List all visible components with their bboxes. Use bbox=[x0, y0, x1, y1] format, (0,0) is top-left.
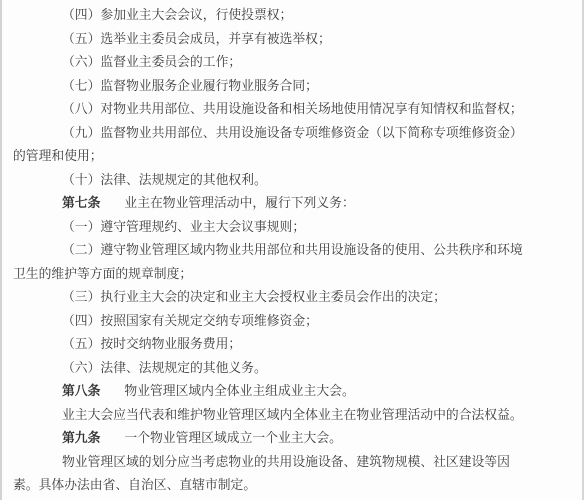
document-line-article-8: 第八条物业管理区域内全体业主组成业主大会。 bbox=[13, 379, 574, 403]
document-line: （四）参加业主大会会议，行使投票权； bbox=[13, 3, 574, 27]
document-line: 业主大会应当代表和维护物业管理区域内全体业主在物业管理活动中的合法权益。 bbox=[13, 403, 574, 427]
line-text: （五）按时交纳物业服务费用； bbox=[62, 336, 241, 351]
line-text: （二）遵守物业管理区域内物业共用部位和共用设施设备的使用、公共秩序和环境 bbox=[62, 242, 523, 257]
document-line: （六）监督业主委员会的工作； bbox=[13, 50, 574, 74]
document-page: （四）参加业主大会会议，行使投票权； （五）选举业主委员会成员，并享有被选举权；… bbox=[0, 0, 584, 500]
document-line: （五）选举业主委员会成员，并享有被选举权； bbox=[13, 27, 574, 51]
line-text: 业主大会应当代表和维护物业管理区域内全体业主在物业管理活动中的合法权益。 bbox=[62, 407, 523, 422]
line-text: 一个物业管理区域成立一个业主大会。 bbox=[124, 430, 342, 445]
document-line: （七）监督物业服务企业履行物业服务合同； bbox=[13, 74, 574, 98]
document-line: （六）法律、法规规定的其他义务。 bbox=[13, 356, 574, 380]
line-text: （一）遵守管理规约、业主大会议事规则； bbox=[62, 219, 305, 234]
document-line: （五）按时交纳物业服务费用； bbox=[13, 332, 574, 356]
document-line: （二）遵守物业管理区域内物业共用部位和共用设施设备的使用、公共秩序和环境 bbox=[13, 238, 574, 262]
document-line: 物业管理区域的划分应当考虑物业的共用设施设备、建筑物规模、社区建设等因 bbox=[13, 450, 574, 474]
line-text: 物业管理区域内全体业主组成业主大会。 bbox=[124, 383, 354, 398]
document-line: （十）法律、法规规定的其他权利。 bbox=[13, 168, 574, 192]
line-text: （五）选举业主委员会成员，并享有被选举权； bbox=[62, 31, 331, 46]
article-8-label: 第八条 bbox=[62, 383, 100, 398]
article-9-label: 第九条 bbox=[62, 430, 100, 445]
document-line-article-9: 第九条一个物业管理区域成立一个业主大会。 bbox=[13, 426, 574, 450]
line-text: （七）监督物业服务企业履行物业服务合同； bbox=[62, 78, 318, 93]
line-text: （三）执行业主大会的决定和业主大会授权业主委员会作出的决定； bbox=[62, 289, 446, 304]
document-line: （四）按照国家有关规定交纳专项维修资金； bbox=[13, 309, 574, 333]
document-line: （九）监督物业共用部位、共用设施设备专项维修资金（以下简称专项维修资金） bbox=[13, 121, 574, 145]
line-text: （十）法律、法规规定的其他权利。 bbox=[62, 172, 267, 187]
line-text: （八）对物业共用部位、共用设施设备和相关场地使用情况享有知情权和监督权； bbox=[62, 101, 523, 116]
document-line: （八）对物业共用部位、共用设施设备和相关场地使用情况享有知情权和监督权； bbox=[13, 97, 574, 121]
document-line: （一）遵守管理规约、业主大会议事规则； bbox=[13, 215, 574, 239]
line-text: （六）法律、法规规定的其他义务。 bbox=[62, 360, 267, 375]
document-line-continuation: 的管理和使用； bbox=[13, 144, 574, 168]
line-text: 的管理和使用； bbox=[13, 148, 103, 163]
line-text: 卫生的维护等方面的规章制度； bbox=[13, 266, 192, 281]
line-text: 物业管理区域的划分应当考虑物业的共用设施设备、建筑物规模、社区建设等因 bbox=[62, 454, 510, 469]
document-line-continuation: 卫生的维护等方面的规章制度； bbox=[13, 262, 574, 286]
line-text: 素。具体办法由省、自治区、直辖市制定。 bbox=[13, 477, 256, 492]
line-text: （四）参加业主大会会议，行使投票权； bbox=[62, 7, 292, 22]
line-text: 业主在物业管理活动中，履行下列义务： bbox=[124, 195, 354, 210]
document-line-article-7: 第七条业主在物业管理活动中，履行下列义务： bbox=[13, 191, 574, 215]
line-text: （六）监督业主委员会的工作； bbox=[62, 54, 241, 69]
document-line: （三）执行业主大会的决定和业主大会授权业主委员会作出的决定； bbox=[13, 285, 574, 309]
line-text: （九）监督物业共用部位、共用设施设备专项维修资金（以下简称专项维修资金） bbox=[62, 125, 523, 140]
line-text: （四）按照国家有关规定交纳专项维修资金； bbox=[62, 313, 318, 328]
document-line-continuation: 素。具体办法由省、自治区、直辖市制定。 bbox=[13, 473, 574, 497]
article-7-label: 第七条 bbox=[62, 195, 100, 210]
